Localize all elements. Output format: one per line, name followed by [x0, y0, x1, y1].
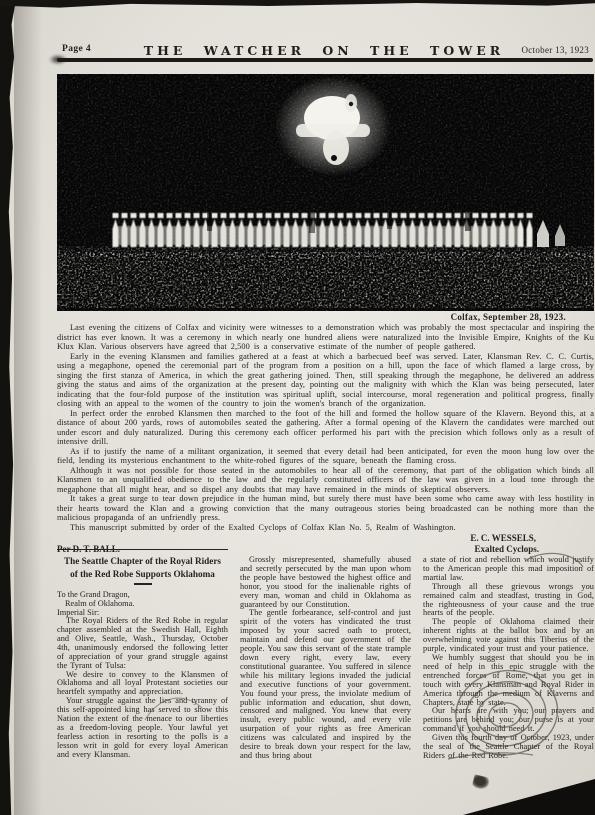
article-paragraph: Last evening the citizens of Colfax and … [57, 323, 594, 352]
letter-salutation: To the Grand Dragon, Realm of Oklahoma. … [57, 590, 228, 618]
article-body: Last evening the citizens of Colfax and … [57, 323, 594, 554]
letter-paragraph: We desire to convey to the Klansmen of O… [57, 671, 228, 698]
salutation-line: To the Grand Dragon, [57, 590, 228, 599]
page-header: Page 4 THE WATCHER ON THE TOWER October … [57, 44, 591, 59]
signature-name: E. C. WESSELS, [57, 533, 594, 543]
letter-paragraph: Grossly misrepresented, shamefully abuse… [240, 556, 411, 609]
letter-column-1: The Seattle Chapter of the Royal Riders … [57, 549, 228, 761]
letter-headline-line1: The Seattle Chapter of the Royal Riders [57, 556, 228, 567]
letter-paragraph: The gentle forbearance, self-control and… [240, 609, 411, 760]
letter-column-2: Grossly misrepresented, shamefully abuse… [240, 549, 411, 761]
letter-section: The Seattle Chapter of the Royal Riders … [57, 549, 594, 761]
article-paragraph: Although it was not possible for those s… [57, 466, 594, 495]
scan-edge-top [0, 0, 595, 8]
masthead-rule [57, 58, 593, 62]
letter-paragraph: Through all these grievous wrongs you re… [423, 583, 594, 619]
letter-paragraph: Your struggle against the lies and tyran… [57, 697, 228, 759]
letter-headline-line2: of the Red Robe Supports Oklahoma [57, 569, 228, 580]
article-paragraph: It takes a great surge to tear down prej… [57, 494, 594, 523]
letter-paragraph: a state of riot and rebellion which woul… [423, 556, 594, 583]
newspaper-masthead-title: THE WATCHER ON THE TOWER [57, 43, 591, 58]
letter-paragraph: Our hearts are with you; our prayers and… [423, 707, 594, 734]
article-dateline: Colfax, September 28, 1923. [57, 312, 590, 322]
newspaper-page: Page 4 THE WATCHER ON THE TOWER October … [0, 0, 595, 815]
article-paragraph: In perfect order the enrobed Klansmen th… [57, 409, 594, 447]
article-paragraph: This manuscript submitted by order of th… [57, 523, 594, 533]
ceremony-night-photograph [57, 74, 594, 311]
headline-divider [134, 583, 152, 585]
letter-paragraph: Given this fourth day of October, 1923, … [423, 734, 594, 761]
ink-blot [472, 774, 491, 790]
issue-date: October 13, 1923 [521, 45, 589, 55]
scan-edge-shadow [14, 0, 42, 815]
salutation-line: Realm of Oklahoma. [57, 599, 228, 608]
article-paragraph: Early in the evening Klansmen and famili… [57, 352, 594, 409]
letter-paragraph: The people of Oklahoma claimed their inh… [423, 618, 594, 654]
letter-column-3: a state of riot and rebellion which woul… [423, 549, 594, 761]
article-paragraph: As if to justify the name of a militant … [57, 447, 594, 466]
letter-paragraph: We humbly suggest that should you be in … [423, 654, 594, 707]
letter-paragraph: The Royal Riders of the Red Robe in regu… [57, 617, 228, 670]
